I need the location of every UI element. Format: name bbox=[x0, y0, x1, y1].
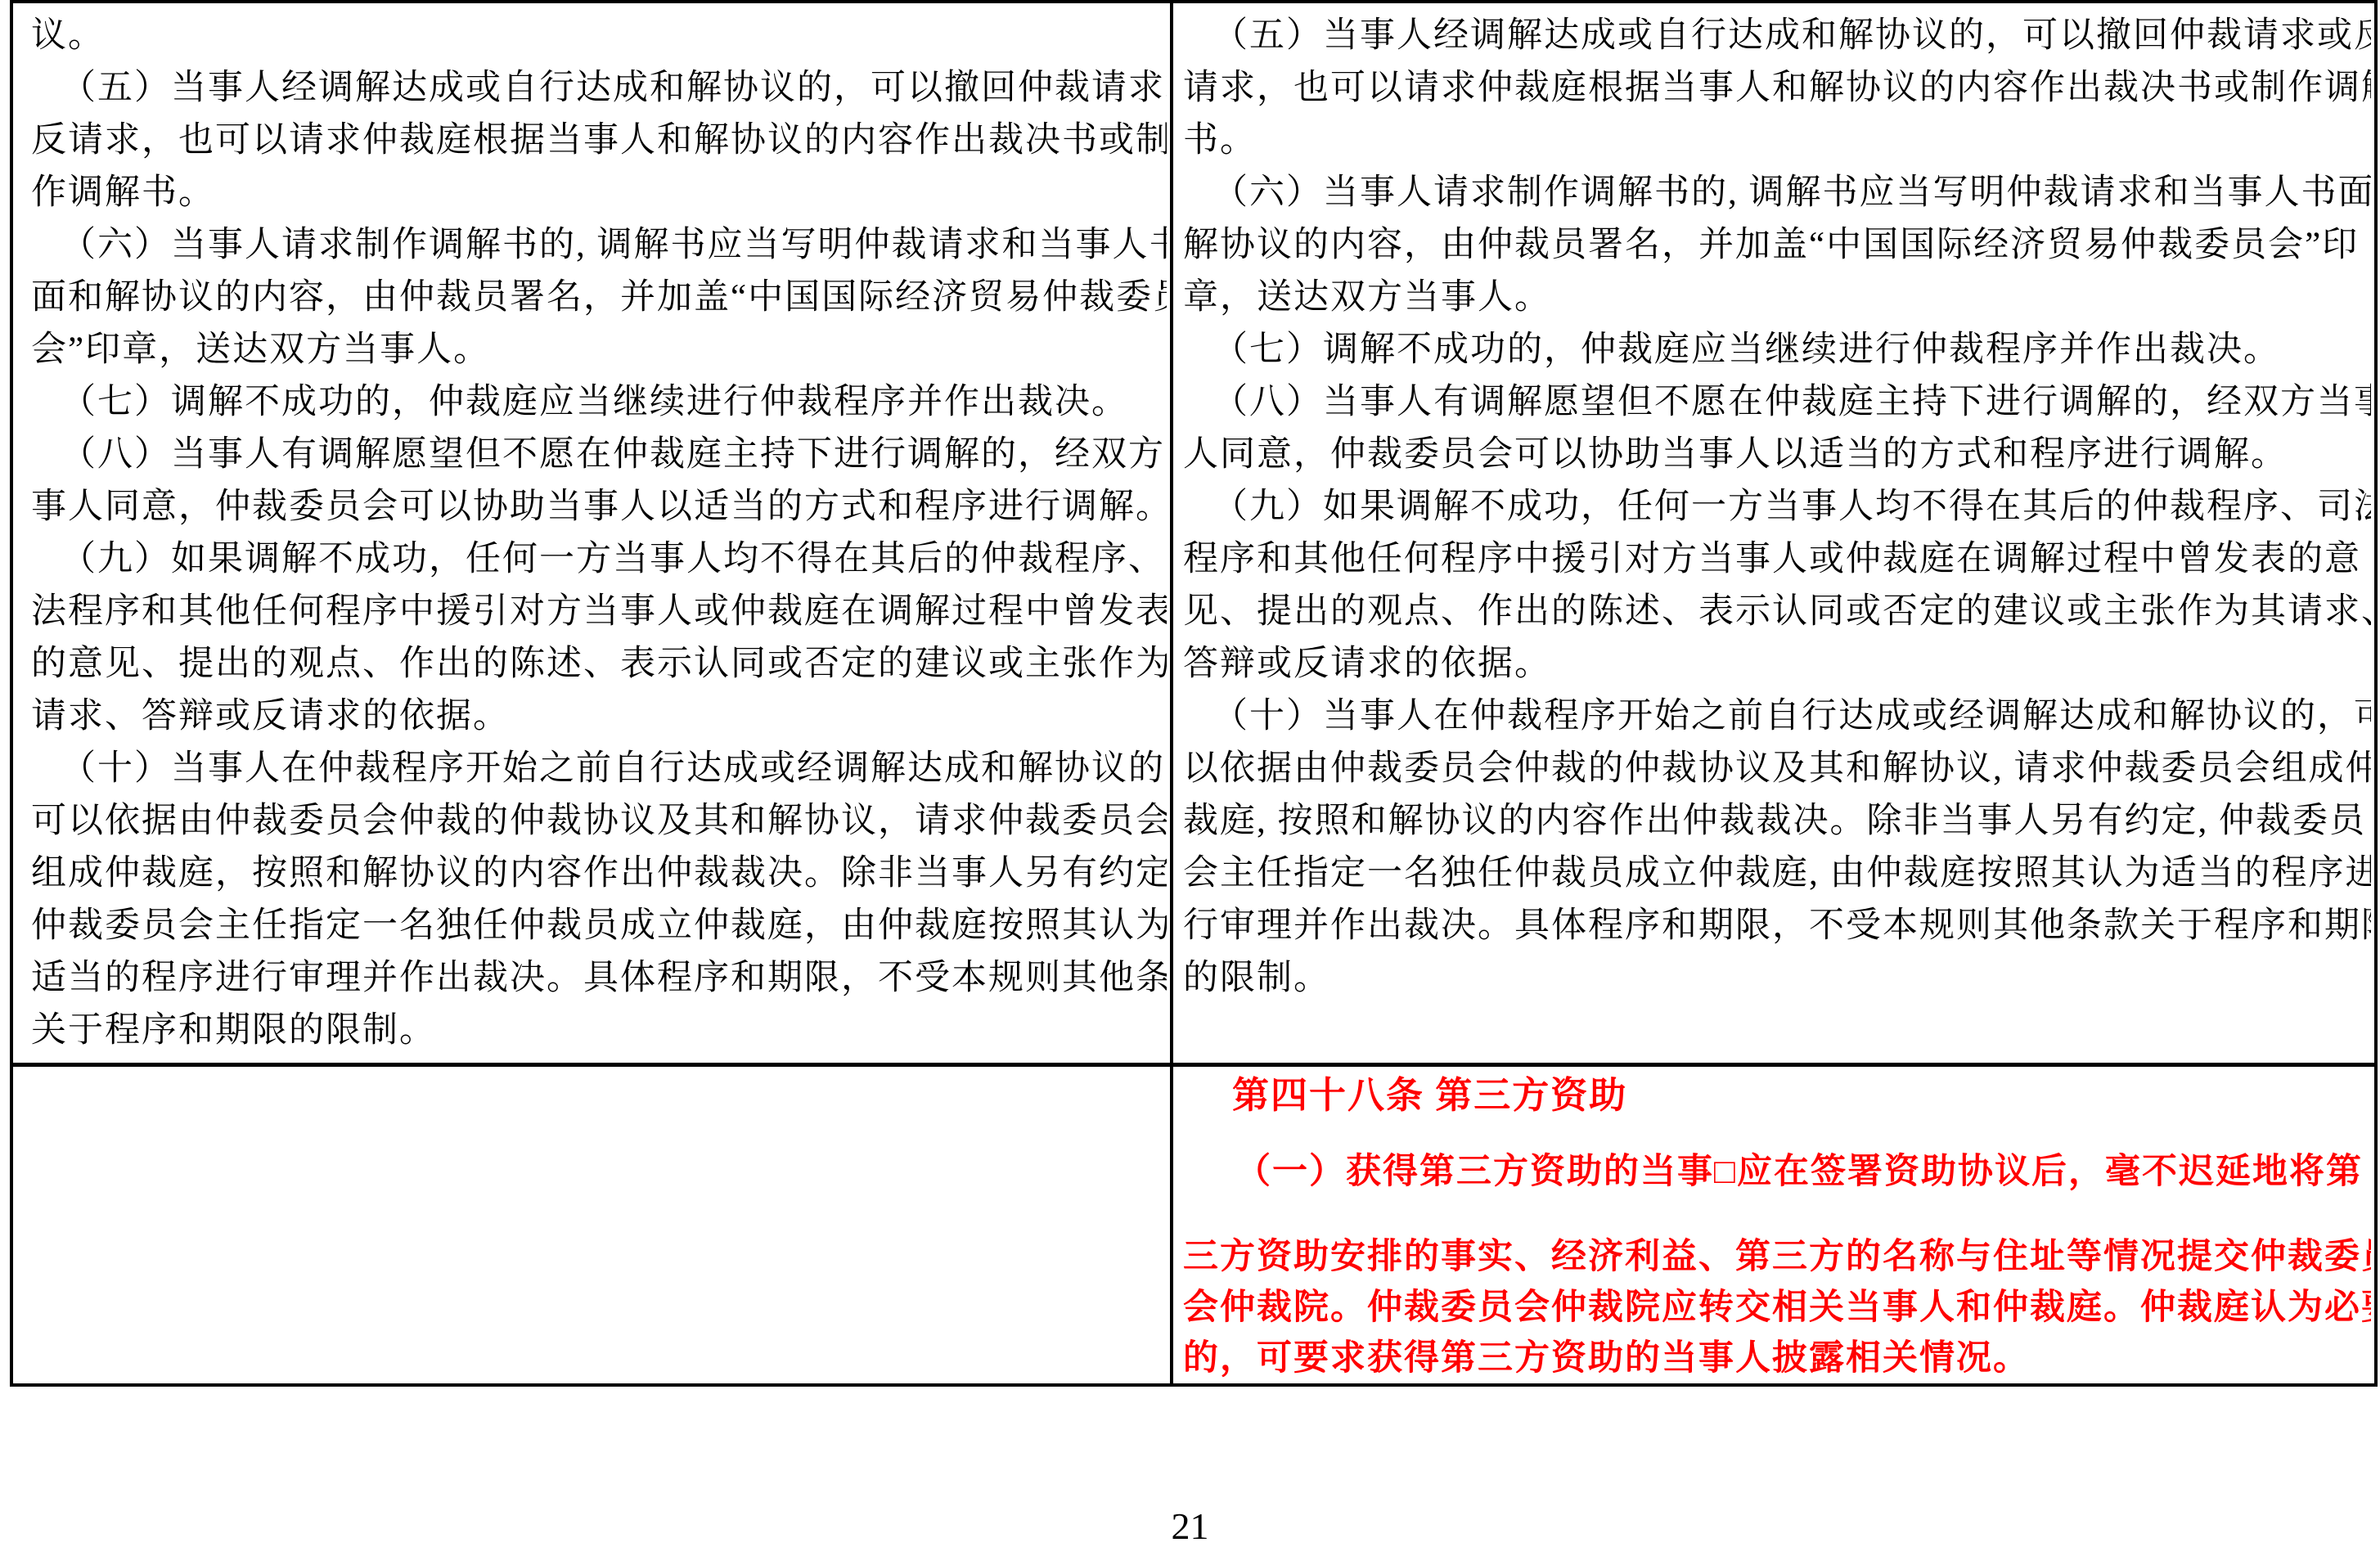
text-line: 仲裁委员会主任指定一名独任仲裁员成立仲裁庭，由仲裁庭按照其认为 bbox=[31, 900, 1167, 952]
text-line: 答辩或反请求的依据。 bbox=[1183, 638, 2371, 690]
text-line: 适当的程序进行审理并作出裁决。具体程序和期限，不受本规则其他条款 bbox=[31, 952, 1167, 1005]
text-line: 三方资助安排的事实、经济利益、第三方的名称与住址等情况提交仲裁委员 bbox=[1183, 1232, 2371, 1283]
right-column-cell-items: （五）当事人经调解达成或自行达成和解协议的，可以撤回仲裁请求或反请求，也可以请求… bbox=[1173, 3, 2374, 1063]
text-line: 请求、答辩或反请求的依据。 bbox=[31, 690, 1167, 743]
text-line: （五）当事人经调解达成或自行达成和解协议的，可以撤回仲裁请求或反 bbox=[1183, 10, 2371, 62]
text-line: 会”印章，送达双方当事人。 bbox=[31, 324, 1167, 376]
text-line: 反请求，也可以请求仲裁庭根据当事人和解协议的内容作出裁决书或制 bbox=[31, 115, 1167, 167]
text-line: （七）调解不成功的，仲裁庭应当继续进行仲裁程序并作出裁决。 bbox=[31, 376, 1167, 429]
text-line: 法程序和其他任何程序中援引对方当事人或仲裁庭在调解过程中曾发表 bbox=[31, 586, 1167, 638]
text-line: 请求，也可以请求仲裁庭根据当事人和解协议的内容作出裁决书或制作调解 bbox=[1183, 62, 2371, 115]
text-line: 会仲裁院。仲裁委员会仲裁院应转交相关当事人和仲裁庭。仲裁庭认为必要 bbox=[1183, 1283, 2371, 1333]
text-line: 可以依据由仲裁委员会仲裁的仲裁协议及其和解协议，请求仲裁委员会 bbox=[31, 795, 1167, 848]
text-line: 会主任指定一名独任仲裁员成立仲裁庭, 由仲裁庭按照其认为适当的程序进 bbox=[1183, 848, 2371, 900]
text-line: （五）当事人经调解达成或自行达成和解协议的，可以撤回仲裁请求或 bbox=[31, 62, 1167, 115]
text-line: 行审理并作出裁决。具体程序和期限，不受本规则其他条款关于程序和期限 bbox=[1183, 900, 2371, 952]
table-row-main: 议。（五）当事人经调解达成或自行达成和解协议的，可以撤回仲裁请求或反请求，也可以… bbox=[13, 3, 2374, 1067]
text-line: （八）当事人有调解愿望但不愿在仲裁庭主持下进行调解的，经双方当事 bbox=[1183, 376, 2371, 429]
text-line: 的意见、提出的观点、作出的陈述、表示认同或否定的建议或主张作为其 bbox=[31, 638, 1167, 690]
text-line: 章，送达双方当事人。 bbox=[1183, 272, 2371, 324]
text-line: 解协议的内容，由仲裁员署名，并加盖“中国国际经济贸易仲裁委员会”印 bbox=[1183, 219, 2371, 272]
text-line: 人同意，仲裁委员会可以协助当事人以适当的方式和程序进行调解。 bbox=[1183, 429, 2371, 481]
article-48-body: （一）获得第三方资助的当事□应在签署资助协议后，毫不迟延地将第三方资助安排的事实… bbox=[1183, 1147, 2371, 1383]
text-line: 书。 bbox=[1183, 115, 2371, 167]
text-line: 程序和其他任何程序中援引对方当事人或仲裁庭在调解过程中曾发表的意 bbox=[1183, 533, 2371, 586]
article-48-heading: 第四十八条 第三方资助 bbox=[1183, 1072, 2371, 1119]
text-line: （六）当事人请求制作调解书的, 调解书应当写明仲裁请求和当事人书 bbox=[31, 219, 1167, 272]
text-line: 组成仲裁庭，按照和解协议的内容作出仲裁裁决。除非当事人另有约定， bbox=[31, 848, 1167, 900]
text-line: 事人同意，仲裁委员会可以协助当事人以适当的方式和程序进行调解。 bbox=[31, 481, 1167, 533]
text-line: （十）当事人在仲裁程序开始之前自行达成或经调解达成和解协议的，可 bbox=[1183, 690, 2371, 743]
text-line: 议。 bbox=[31, 10, 1167, 62]
text-line: 面和解协议的内容，由仲裁员署名，并加盖“中国国际经济贸易仲裁委员 bbox=[31, 272, 1167, 324]
text-line: （八）当事人有调解愿望但不愿在仲裁庭主持下进行调解的，经双方当 bbox=[31, 429, 1167, 481]
right-column-cell-article48: 第四十八条 第三方资助 （一）获得第三方资助的当事□应在签署资助协议后，毫不迟延… bbox=[1173, 1067, 2374, 1383]
text-line: 裁庭, 按照和解协议的内容作出仲裁裁决。除非当事人另有约定, 仲裁委员 bbox=[1183, 795, 2371, 848]
text-line: （九）如果调解不成功，任何一方当事人均不得在其后的仲裁程序、司 bbox=[31, 533, 1167, 586]
left-column-cell-empty bbox=[13, 1067, 1173, 1383]
text-line: （一）获得第三方资助的当事□应在签署资助协议后，毫不迟延地将第 bbox=[1183, 1147, 2371, 1198]
text-line: 以依据由仲裁委员会仲裁的仲裁协议及其和解协议, 请求仲裁委员会组成仲 bbox=[1183, 743, 2371, 795]
text-line: （七）调解不成功的，仲裁庭应当继续进行仲裁程序并作出裁决。 bbox=[1183, 324, 2371, 376]
comparison-table: 议。（五）当事人经调解达成或自行达成和解协议的，可以撤回仲裁请求或反请求，也可以… bbox=[10, 0, 2378, 1387]
text-line: （九）如果调解不成功，任何一方当事人均不得在其后的仲裁程序、司法 bbox=[1183, 481, 2371, 533]
text-line: 见、提出的观点、作出的陈述、表示认同或否定的建议或主张作为其请求、 bbox=[1183, 586, 2371, 638]
table-row-article48: 第四十八条 第三方资助 （一）获得第三方资助的当事□应在签署资助协议后，毫不迟延… bbox=[13, 1067, 2374, 1383]
text-line: （六）当事人请求制作调解书的, 调解书应当写明仲裁请求和当事人书面和 bbox=[1183, 167, 2371, 219]
left-column-cell-items: 议。（五）当事人经调解达成或自行达成和解协议的，可以撤回仲裁请求或反请求，也可以… bbox=[13, 3, 1173, 1063]
text-line: 的，可要求获得第三方资助的当事人披露相关情况。 bbox=[1183, 1333, 2371, 1383]
text-line: 的限制。 bbox=[1183, 952, 2371, 1005]
text-line: 作调解书。 bbox=[31, 167, 1167, 219]
page-number: 21 bbox=[0, 1502, 2380, 1551]
text-line: （十）当事人在仲裁程序开始之前自行达成或经调解达成和解协议的， bbox=[31, 743, 1167, 795]
document-page: 议。（五）当事人经调解达成或自行达成和解协议的，可以撤回仲裁请求或反请求，也可以… bbox=[0, 0, 2380, 1556]
text-line: 关于程序和期限的限制。 bbox=[31, 1005, 1167, 1057]
